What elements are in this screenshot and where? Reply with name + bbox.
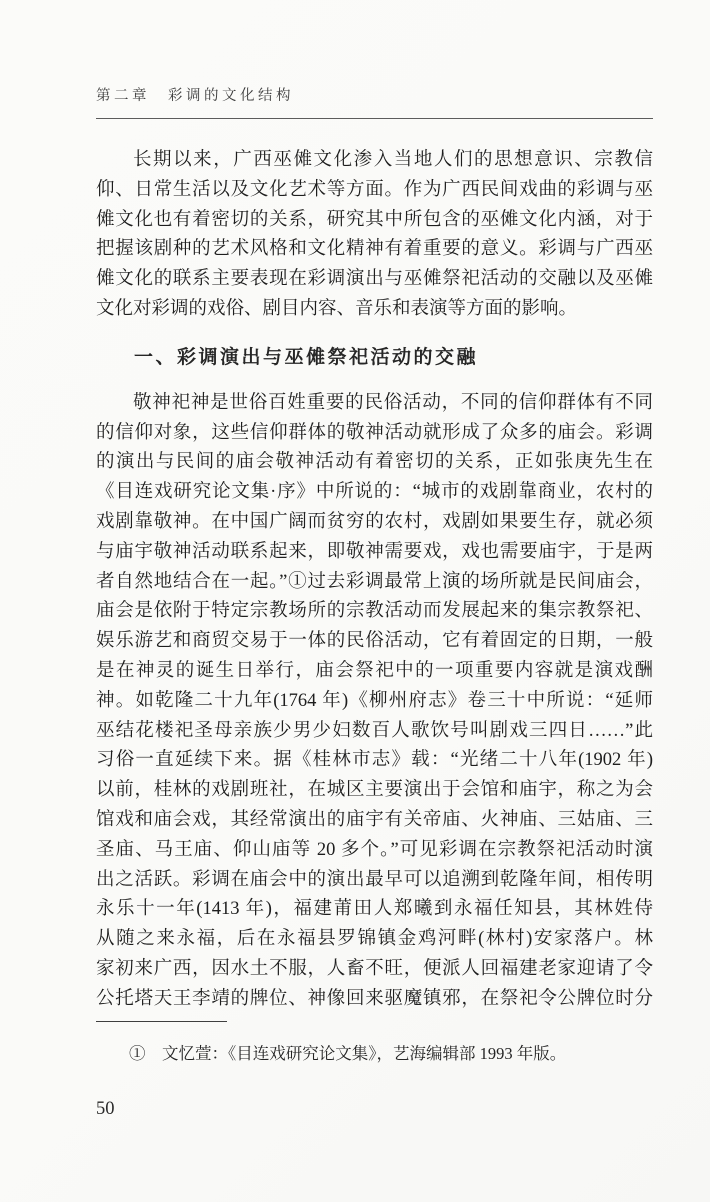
text-line: 馆戏和庙会戏，其经常演出的庙宇有关帝庙、火神庙、三姑庙、三 — [96, 806, 653, 836]
text-line: 圣庙、马王庙、仰山庙等 20 多个。”可见彩调在宗教祭祀活动时演 — [96, 836, 653, 866]
paragraph-section-1: 敬神祀神是世俗百姓重要的民俗活动，不同的信仰群体有不同的信仰对象，这些信仰群体的… — [96, 389, 653, 1015]
book-page: 第二章 彩调的文化结构 长期以来，广西巫傩文化渗入当地人们的思想意识、宗教信仰、… — [0, 0, 710, 1202]
text-line: 巫结花楼祀圣母亲族少男少妇数百人歌饮号叫剧戏三四日……”此 — [96, 717, 653, 747]
footnote-separator-rule — [96, 1021, 227, 1022]
text-line: 家初来广西，因水土不服，人畜不旺，便派人回福建老家迎请了令 — [96, 955, 653, 985]
text-line: 敬神祀神是世俗百姓重要的民俗活动，不同的信仰群体有不同 — [96, 389, 653, 419]
chapter-header-title: 第二章 彩调的文化结构 — [96, 86, 653, 106]
text-line: 《目连戏研究论文集·序》中所说的：“城市的戏剧靠商业，农村的 — [96, 478, 653, 508]
text-line: 者自然地结合在一起。”①过去彩调最常上演的场所就是民间庙会， — [96, 568, 653, 598]
text-line: 戏剧靠敬神。在中国广阔而贫穷的农村，戏剧如果要生存，就必须 — [96, 508, 653, 538]
running-head: 第二章 彩调的文化结构 — [96, 0, 653, 119]
text-line: 神。如乾隆二十九年(1764 年)《柳州府志》卷三十中所说：“延师 — [96, 687, 653, 717]
text-line: 公托塔天王李靖的牌位、神像回来驱魔镇邪，在祭祀令公牌位时分 — [96, 985, 653, 1015]
text-line: 庙会是依附于特定宗教场所的宗教活动而发展起来的集宗教祭祀、 — [96, 597, 653, 627]
text-line: 的信仰对象，这些信仰群体的敬神活动就形成了众多的庙会。彩调 — [96, 419, 653, 449]
page-number: 50 — [96, 1098, 653, 1120]
text-line: 出之活跃。彩调在庙会中的演出最早可以追溯到乾隆年间，相传明 — [96, 866, 653, 896]
text-line: 傩文化也有着密切的关系，研究其中所包含的巫傩文化内涵，对于 — [96, 206, 653, 236]
header-rule — [96, 118, 653, 119]
text-line: 把握该剧种的艺术风格和文化精神有着重要的意义。彩调与广西巫 — [96, 235, 653, 265]
text-line: 习俗一直延续下来。据《桂林市志》载：“光绪二十八年(1902 年) — [96, 746, 653, 776]
text-line: 长期以来，广西巫傩文化渗入当地人们的思想意识、宗教信 — [96, 146, 653, 176]
text-line: 仰、日常生活以及文化艺术等方面。作为广西民间戏曲的彩调与巫 — [96, 176, 653, 206]
footnote-text: ① 文忆萱：《目连戏研究论文集》，艺海编辑部 1993 年版。 — [96, 1042, 653, 1066]
paragraph-intro: 长期以来，广西巫傩文化渗入当地人们的思想意识、宗教信仰、日常生活以及文化艺术等方… — [96, 146, 653, 325]
text-line: 永乐十一年(1413 年)，福建莆田人郑曦到永福任知县，其林姓侍 — [96, 895, 653, 925]
text-line: 娱乐游艺和商贸交易于一体的民俗活动，它有着固定的日期，一般 — [96, 627, 653, 657]
text-line: 的演出与民间的庙会敬神活动有着密切的关系，正如张庚先生在 — [96, 448, 653, 478]
text-line: 以前，桂林的戏剧班社，在城区主要演出于会馆和庙宇，称之为会 — [96, 776, 653, 806]
section-heading: 一、彩调演出与巫傩祭祀活动的交融 — [96, 343, 653, 373]
text-line: 傩文化的联系主要表现在彩调演出与巫傩祭祀活动的交融以及巫傩 — [96, 265, 653, 295]
text-line: 与庙宇敬神活动联系起来，即敬神需要戏，戏也需要庙宇，于是两 — [96, 538, 653, 568]
text-line: 是在神灵的诞生日举行，庙会祭祀中的一项重要内容就是演戏酬 — [96, 657, 653, 687]
text-line: 从随之来永福，后在永福县罗锦镇金鸡河畔(林村)安家落户。林 — [96, 925, 653, 955]
text-line: 文化对彩调的戏俗、剧目内容、音乐和表演等方面的影响。 — [96, 295, 653, 325]
